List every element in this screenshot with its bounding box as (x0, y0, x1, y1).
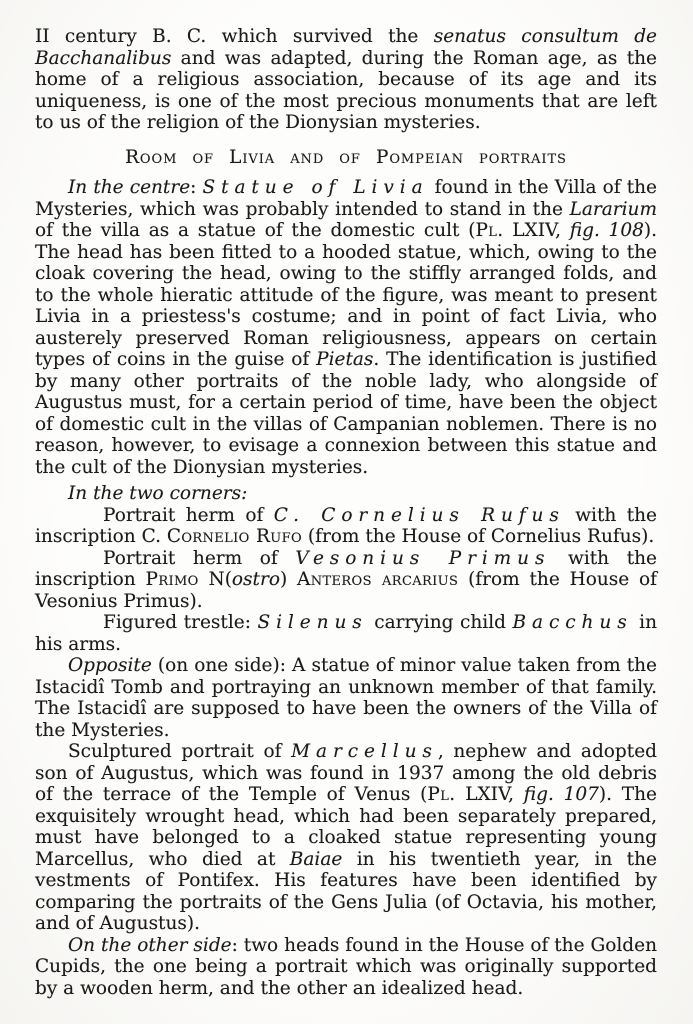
smallcaps-run: Pl. (427, 784, 455, 805)
spaced-italic-run: Vesonius Primus (295, 548, 550, 569)
section-heading: Room of Livia and of Pompeian portraits (35, 147, 657, 169)
italic-run: Pietas (316, 349, 373, 370)
text-run: (from the House of Cornelius Rufus). (302, 526, 654, 547)
text-run: II century B. C. which survived the (35, 26, 434, 47)
paragraph-herm-vesonius-primus: Portrait herm of Vesonius Primus with th… (35, 548, 657, 613)
text-run: LXIV, (504, 220, 570, 241)
spaced-italic-run: Marcellus (291, 741, 438, 762)
paragraph-herm-cornelius-rufus: Portrait herm of C. Cornelius Rufus with… (35, 505, 657, 548)
text-run: : (190, 177, 202, 198)
text-run: carrying child (368, 612, 513, 633)
paragraph-in-the-two-corners: In the two corners: (35, 483, 657, 505)
text-run: of the villa as a statue of the domestic… (35, 220, 475, 241)
text-run: ) (280, 569, 297, 590)
smallcaps-run: Primo (146, 569, 199, 590)
paragraph-statue-of-livia: In the centre: Statue of Livia found in … (35, 177, 657, 478)
paragraph-other-side-heads: On the other side: two heads found in th… (35, 935, 657, 1000)
text-run: ). The head has been fitted to a hooded … (35, 220, 657, 370)
paragraph-figured-trestle: Figured trestle: Silenus carrying child … (35, 612, 657, 655)
paragraph-marcellus: Sculptured portrait of Marcellus, nephew… (35, 741, 657, 935)
italic-run: ostro (232, 569, 280, 590)
text-run: N( (199, 569, 232, 590)
text-run: Figured trestle: (103, 612, 257, 633)
book-page: II century B. C. which survived the sena… (0, 0, 693, 1024)
italic-run: fig. 108 (570, 220, 644, 241)
text-run: Portrait herm of (103, 548, 295, 569)
text-run: Portrait herm of (103, 505, 274, 526)
spaced-italic-run: Bacchus (513, 612, 633, 633)
italic-run: fig. 107 (524, 784, 599, 805)
italic-run: Baiae (290, 849, 343, 870)
paragraph-opposite-istacidi: Opposite (on one side): A statue of mino… (35, 655, 657, 741)
smallcaps-run: Anteros arcarius (297, 569, 458, 590)
italic-run: On the other side (68, 935, 232, 956)
spaced-italic-run: Silenus (257, 612, 367, 633)
text-run: LXIV, (455, 784, 523, 805)
text-run: Sculptured portrait of (68, 741, 291, 762)
italic-run: Lararium (570, 199, 657, 220)
smallcaps-run: Cornelio Rufo (167, 526, 302, 547)
italic-run: Opposite (68, 655, 152, 676)
spaced-italic-run: Statue of Livia (203, 177, 429, 198)
italic-run: In the two corners: (68, 483, 247, 504)
spaced-italic-run: C. Cornelius Rufus (274, 505, 565, 526)
paragraph-intro: II century B. C. which survived the sena… (35, 26, 657, 134)
italic-run: In the centre (68, 177, 190, 198)
smallcaps-run: Pl. (475, 220, 503, 241)
